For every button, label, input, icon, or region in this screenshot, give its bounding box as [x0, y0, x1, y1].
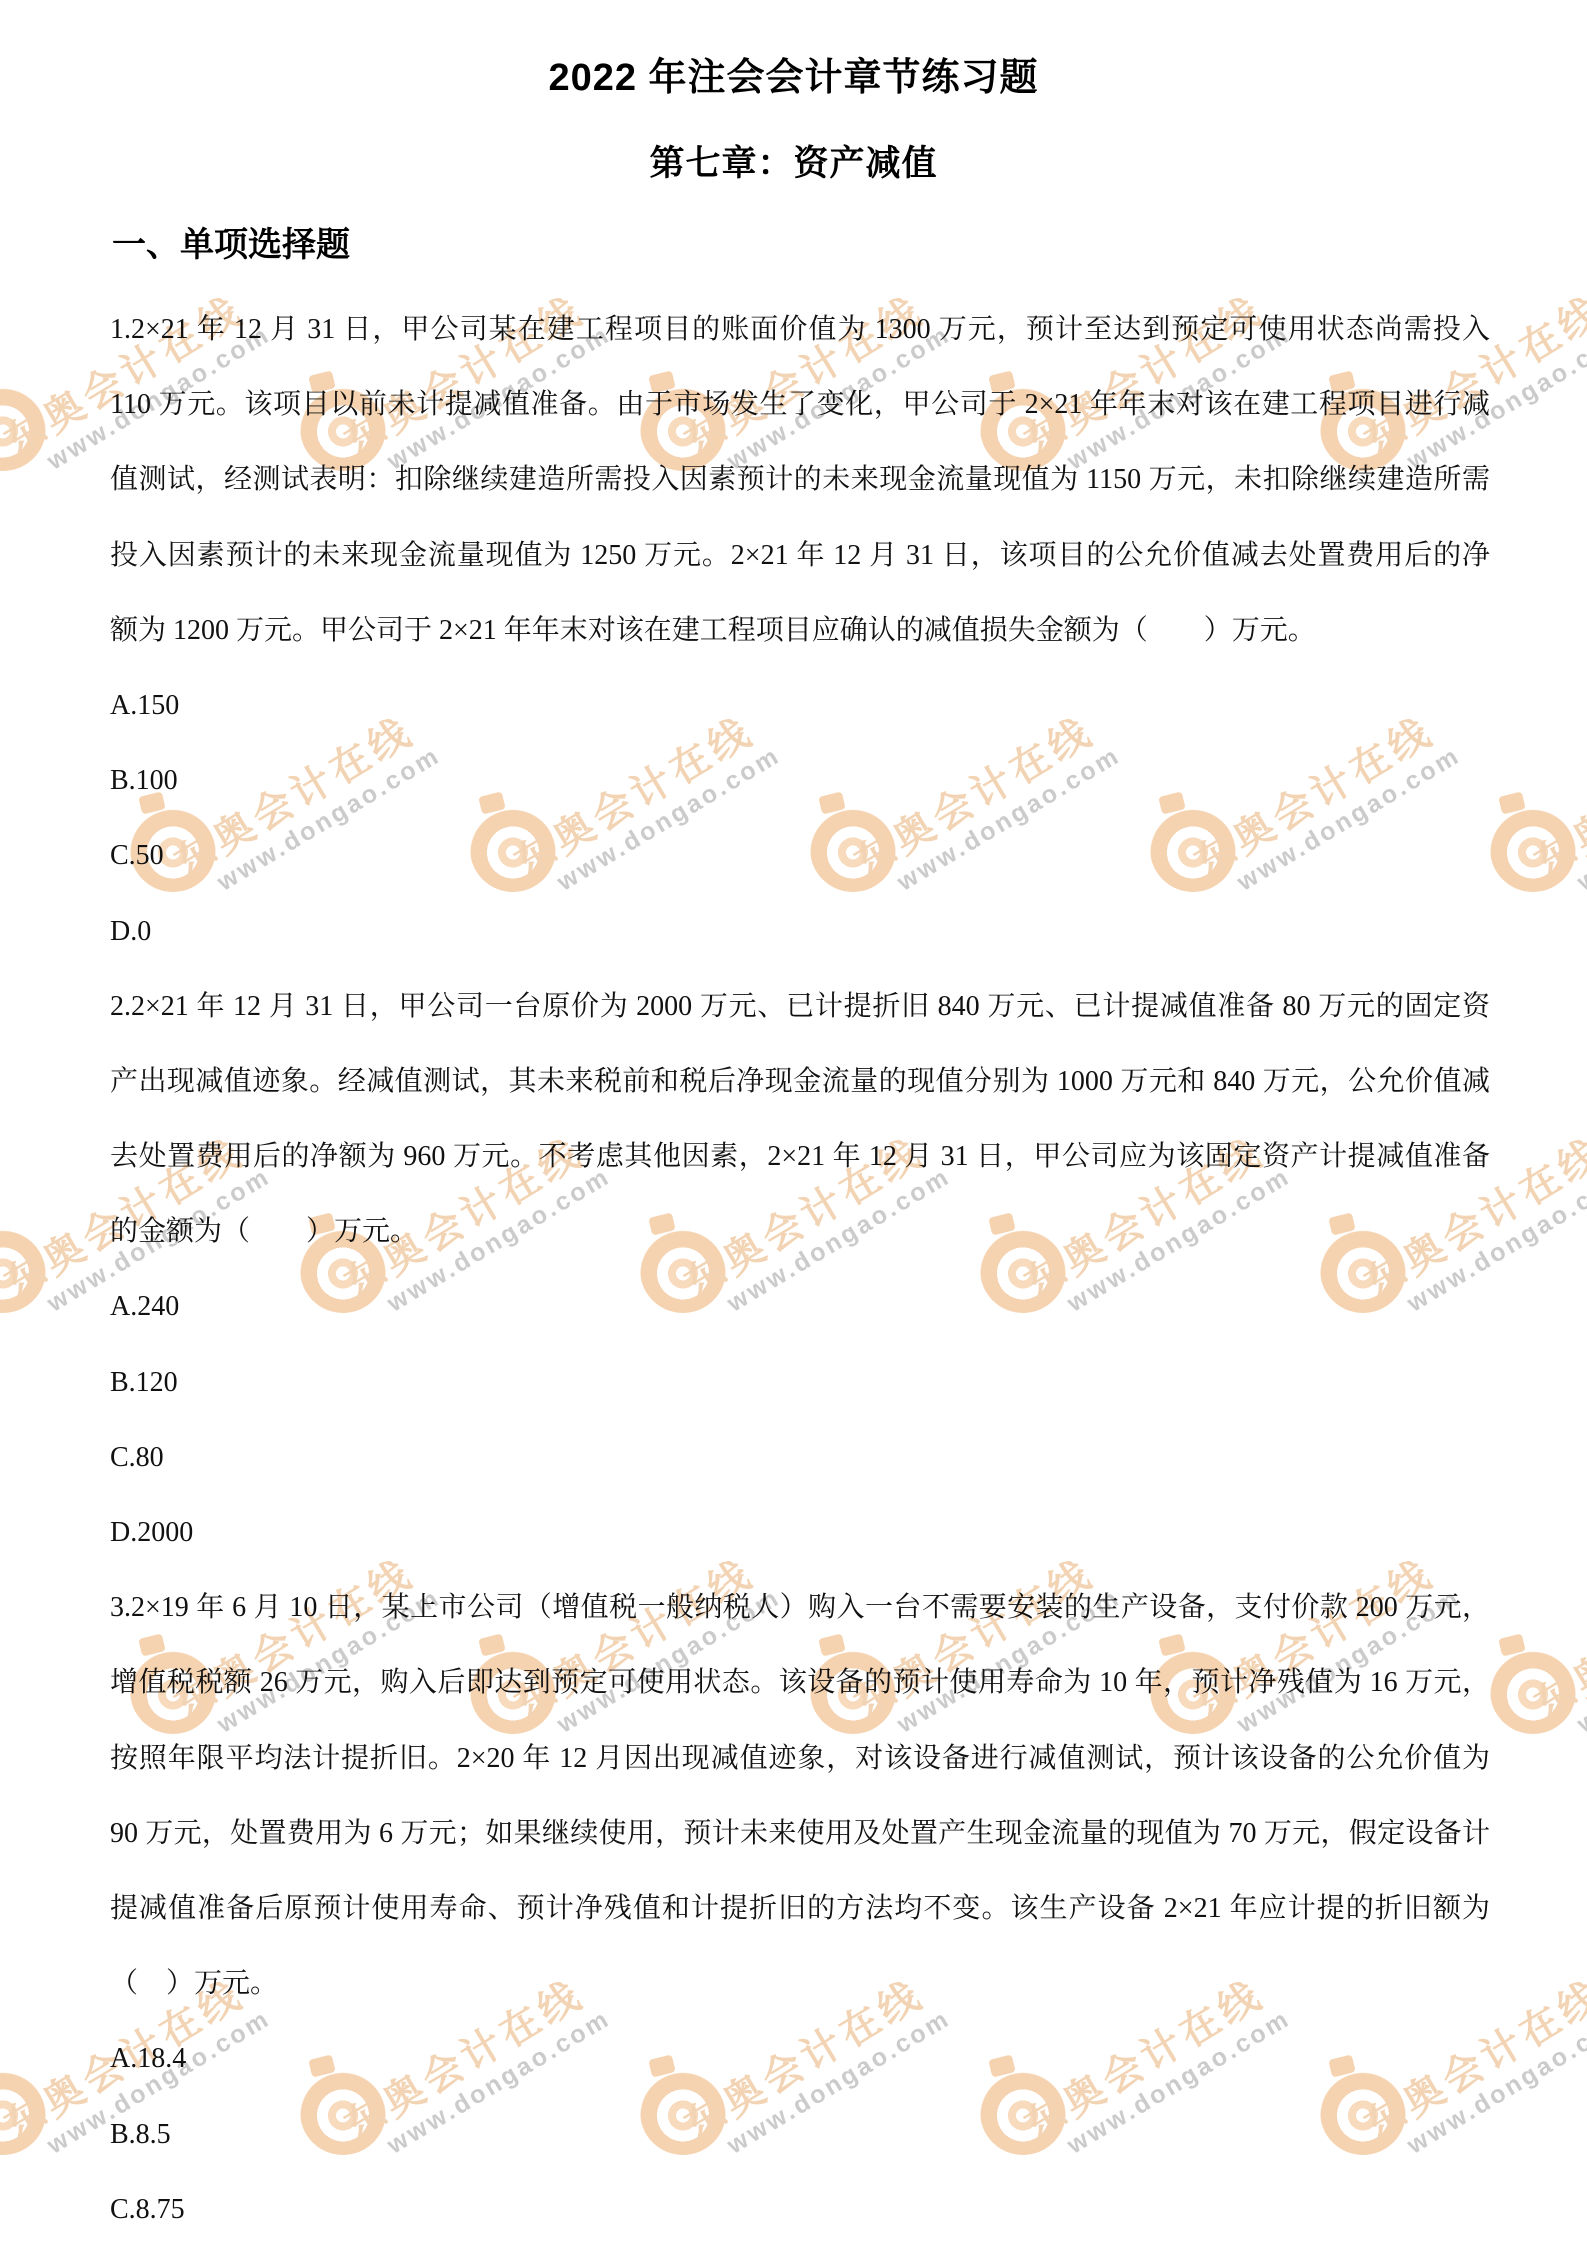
- section-heading: 一、单项选择题: [112, 222, 350, 268]
- question-2-line-4: 的金额为（ ）万元。: [110, 1194, 1490, 1269]
- question-2-line-2: 产出现减值迹象。经减值测试，其未来税前和税后净现金流量的现值分别为 1000 万…: [110, 1044, 1490, 1119]
- document-page: 东奥会计在线www.dongao.com东奥会计在线www.dongao.com…: [0, 0, 1587, 2245]
- question-2-option-D: D.2000: [110, 1495, 1490, 1570]
- question-2-line-1: 2.2×21 年 12 月 31 日，甲公司一台原价为 2000 万元、已计提折…: [110, 969, 1490, 1044]
- question-1-option-C: C.50: [110, 818, 1490, 893]
- document-content: 2022 年注会会计章节练习题 第七章：资产减值 一、单项选择题 1.2×21 …: [0, 0, 1587, 2245]
- question-1-line-5: 额为 1200 万元。甲公司于 2×21 年年末对该在建工程项目应确认的减值损失…: [110, 593, 1490, 668]
- question-2-line-3: 去处置费用后的净额为 960 万元。不考虑其他因素，2×21 年 12 月 31…: [110, 1119, 1490, 1194]
- question-3-line-4: 90 万元，处置费用为 6 万元；如果继续使用，预计未来使用及处置产生现金流量的…: [110, 1796, 1490, 1871]
- question-3-line-2: 增值税税额 26 万元，购入后即达到预定可使用状态。该设备的预计使用寿命为 10…: [110, 1645, 1490, 1720]
- question-2-option-A: A.240: [110, 1269, 1490, 1344]
- question-3-option-B: B.8.5: [110, 2097, 1490, 2172]
- question-1-line-4: 投入因素预计的未来现金流量现值为 1250 万元。2×21 年 12 月 31 …: [110, 518, 1490, 593]
- question-2-option-C: C.80: [110, 1420, 1490, 1495]
- question-3-line-3: 按照年限平均法计提折旧。2×20 年 12 月因出现减值迹象，对该设备进行减值测…: [110, 1721, 1490, 1796]
- question-1-line-1: 1.2×21 年 12 月 31 日，甲公司某在建工程项目的账面价值为 1300…: [110, 292, 1490, 367]
- question-1-option-D: D.0: [110, 894, 1490, 969]
- question-3-line-1: 3.2×19 年 6 月 10 日，某上市公司（增值税一般纳税人）购入一台不需要…: [110, 1570, 1490, 1645]
- question-3-option-A: A.18.4: [110, 2021, 1490, 2096]
- question-2-option-B: B.120: [110, 1345, 1490, 1420]
- question-1-line-2: 110 万元。该项目以前未计提减值准备。由于市场发生了变化，甲公司于 2×21 …: [110, 367, 1490, 442]
- page-subtitle: 第七章：资产减值: [0, 140, 1587, 188]
- question-1-line-3: 值测试，经测试表明：扣除继续建造所需投入因素预计的未来现金流量现值为 1150 …: [110, 442, 1490, 517]
- page-title: 2022 年注会会计章节练习题: [0, 52, 1587, 104]
- question-3-line-5: 提减值准备后原预计使用寿命、预计净残值和计提折旧的方法均不变。该生产设备 2×2…: [110, 1871, 1490, 1946]
- question-lines: 1.2×21 年 12 月 31 日，甲公司某在建工程项目的账面价值为 1300…: [110, 292, 1490, 2245]
- question-1-option-A: A.150: [110, 668, 1490, 743]
- question-3-line-6: （ ）万元。: [110, 1946, 1490, 2021]
- question-1-option-B: B.100: [110, 743, 1490, 818]
- question-3-option-C: C.8.75: [110, 2172, 1490, 2245]
